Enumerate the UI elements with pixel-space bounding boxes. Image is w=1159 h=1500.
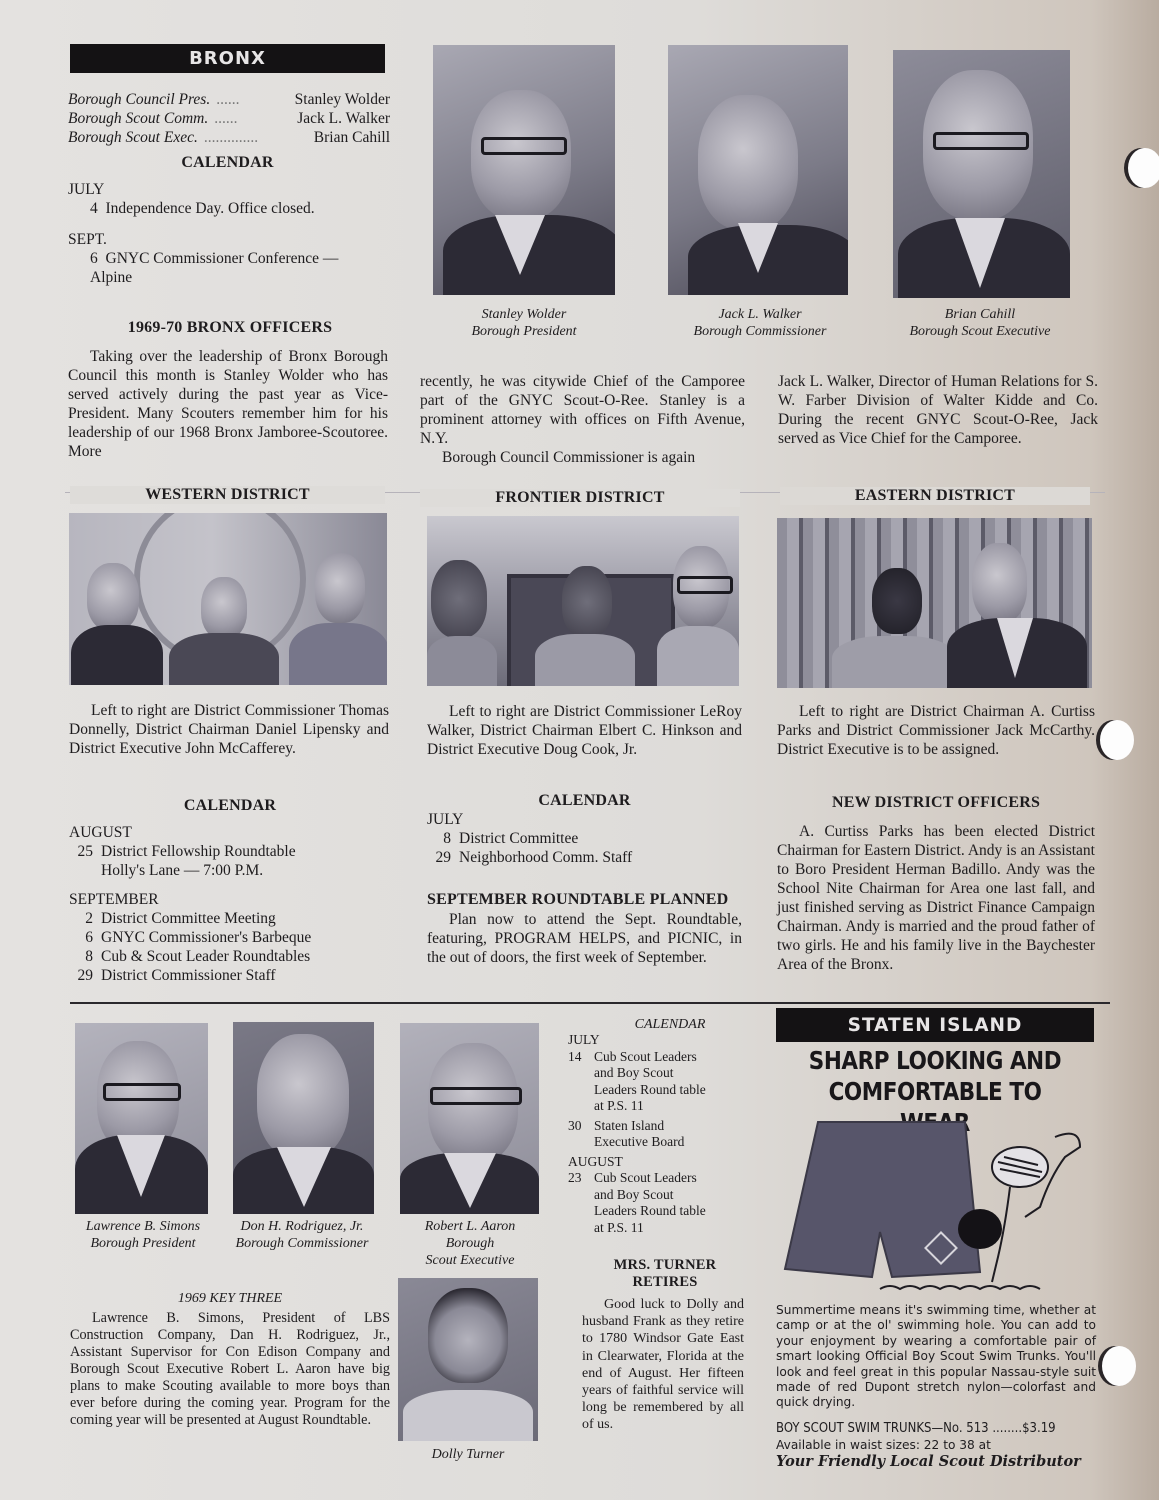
calendar-event: 25District Fellowship RoundtableHolly's …	[69, 842, 389, 880]
event-text: District Commissioner Staff	[101, 966, 276, 985]
event-text: Cub Scout Leaders and Boy Scout Leaders …	[594, 1170, 714, 1236]
portrait-title: Borough Commissioner	[222, 1235, 382, 1252]
calendar-month: AUGUST	[69, 823, 389, 842]
western-district-caption: Left to right are District Commissioner …	[69, 701, 389, 758]
portrait-title: Borough	[400, 1235, 540, 1252]
event-day: 14	[568, 1049, 594, 1115]
event-day: 6	[69, 928, 101, 947]
calendar-event: 6GNYC Commissioner's Barbeque	[69, 928, 389, 947]
portrait-name: Brian Cahill	[880, 306, 1080, 323]
portrait-name: Lawrence B. Simons	[68, 1218, 218, 1235]
dolly-turner-caption: Dolly Turner	[398, 1446, 538, 1463]
binder-hole	[1128, 148, 1159, 188]
calendar-month: SEPT.	[68, 230, 388, 249]
ad-sizes: Available in waist sizes: 22 to 38 at	[776, 1438, 1096, 1453]
ad-headline-line1: SHARP LOOKING AND	[793, 1045, 1077, 1076]
frontier-district-title: FRONTIER DISTRICT	[420, 489, 740, 507]
calendar-month: SEPTEMBER	[69, 890, 389, 909]
retires-text: Good luck to Dolly and husband Frank as …	[582, 1296, 744, 1434]
calendar-event: 4 Independence Day. Office closed.	[68, 199, 388, 218]
officers-article-col2: recently, he was citywide Chief of the C…	[420, 372, 745, 467]
binder-hole	[1102, 1346, 1136, 1386]
roundtable-title: SEPTEMBER ROUNDTABLE PLANNED	[427, 891, 745, 909]
leader-dots: ..............	[198, 128, 314, 147]
officer-row: Borough Scout Comm.......Jack L. Walker	[68, 109, 390, 128]
event-day: 4	[90, 200, 98, 217]
portrait-caption: Stanley Wolder Borough President	[433, 306, 615, 340]
calendar-month: JULY	[68, 180, 388, 199]
portrait-title: Borough Scout Executive	[880, 323, 1080, 340]
officer-role: Borough Scout Exec.	[68, 128, 198, 147]
event-text: GNYC Commissioner's Barbeque	[101, 928, 311, 947]
eastern-district-group-photo	[777, 518, 1092, 688]
portrait-title: Borough President	[68, 1235, 218, 1252]
officer-role: Borough Scout Comm.	[68, 109, 208, 128]
roundtable-text: Plan now to attend the Sept. Roundtable,…	[427, 910, 742, 967]
portrait-name: Jack L. Walker	[660, 306, 860, 323]
new-officers-text: A. Curtiss Parks has been elected Distri…	[777, 822, 1095, 974]
portrait-caption: Robert L. Aaron Borough Scout Executive	[400, 1218, 540, 1269]
swim-trunks-illustration	[780, 1117, 1100, 1297]
calendar-event: 6 GNYC Commissioner Conference — Alpine	[68, 249, 340, 287]
frontier-calendar: JULY 8District Committee 29Neighborhood …	[427, 810, 742, 867]
calendar-event: 8District Committee	[427, 829, 742, 848]
event-day: 8	[69, 947, 101, 966]
eastern-district-caption: Left to right are District Chairman A. C…	[777, 702, 1095, 759]
event-text: Cub Scout Leaders and Boy Scout Leaders …	[594, 1049, 714, 1115]
officer-role: Borough Council Pres.	[68, 90, 210, 109]
paragraph: Borough Council Commissioner is again	[420, 448, 745, 467]
portrait-caption: Lawrence B. Simons Borough President	[68, 1218, 218, 1252]
portrait-photo-brian-cahill	[893, 50, 1070, 298]
event-text: Independence Day. Office closed.	[106, 200, 315, 217]
portrait-title-line2: Scout Executive	[400, 1252, 540, 1269]
ad-body: Summertime means it's swimming time, whe…	[776, 1303, 1096, 1411]
officer-row: Borough Scout Exec...............Brian C…	[68, 128, 390, 147]
retires-title: MRS. TURNER RETIRES	[585, 1257, 745, 1291]
calendar-month: JULY	[427, 810, 742, 829]
portrait-caption: Brian Cahill Borough Scout Executive	[880, 306, 1080, 340]
event-text: District Fellowship RoundtableHolly's La…	[101, 842, 296, 880]
portrait-photo-dolly-turner	[398, 1278, 538, 1441]
key-three-text: Lawrence B. Simons, President of LBS Con…	[70, 1310, 390, 1429]
portrait-name: Robert L. Aaron	[400, 1218, 540, 1235]
portrait-photo-robert-aaron	[400, 1023, 539, 1214]
portrait-caption: Don H. Rodriguez, Jr. Borough Commission…	[222, 1218, 382, 1252]
bronx-officers-list: Borough Council Pres.......Stanley Wolde…	[68, 90, 390, 147]
calendar-month: AUGUST	[568, 1154, 748, 1171]
calendar-month: JULY	[568, 1032, 748, 1049]
paragraph: recently, he was citywide Chief of the C…	[420, 372, 745, 448]
frontier-district-caption: Left to right are District Commissioner …	[427, 702, 742, 759]
bronx-calendar: JULY 4 Independence Day. Office closed. …	[68, 180, 388, 287]
event-day: 25	[69, 842, 101, 880]
new-officers-title: NEW DISTRICT OFFICERS	[777, 794, 1095, 812]
event-day: 29	[69, 966, 101, 985]
event-text: District Committee Meeting	[101, 909, 276, 928]
frontier-calendar-title: CALENDAR	[427, 792, 742, 810]
event-text: GNYC Commissioner Conference — Alpine	[90, 250, 338, 286]
event-text: District Committee	[459, 829, 578, 848]
officer-name: Brian Cahill	[314, 128, 390, 147]
calendar-event: 23Cub Scout Leaders and Boy Scout Leader…	[568, 1170, 748, 1236]
calendar-event: 30Staten Island Executive Board	[568, 1118, 748, 1151]
staten-island-banner: STATEN ISLAND	[776, 1008, 1094, 1042]
western-district-title: WESTERN DISTRICT	[70, 486, 385, 504]
calendar-event: 29Neighborhood Comm. Staff	[427, 848, 742, 867]
event-day: 30	[568, 1118, 594, 1151]
retires-title-line1: MRS. TURNER	[585, 1257, 745, 1274]
portrait-title: Borough President	[433, 323, 615, 340]
key-three-title: 1969 KEY THREE	[70, 1290, 390, 1307]
ad-price-line: BOY SCOUT SWIM TRUNKS—No. 513 ........$3…	[776, 1421, 1091, 1437]
portrait-photo-jack-walker	[668, 45, 848, 295]
binder-hole	[1100, 720, 1134, 760]
officer-name: Jack L. Walker	[297, 109, 390, 128]
officer-name: Stanley Wolder	[295, 90, 390, 109]
portrait-caption: Jack L. Walker Borough Commissioner	[660, 306, 860, 340]
portrait-name: Don H. Rodriguez, Jr.	[222, 1218, 382, 1235]
calendar-event: 2District Committee Meeting	[69, 909, 389, 928]
event-day: 2	[69, 909, 101, 928]
si-calendar-title: CALENDAR	[600, 1016, 740, 1033]
eastern-district-title: EASTERN DISTRICT	[780, 487, 1090, 505]
retires-title-line2: RETIRES	[585, 1274, 745, 1291]
frontier-district-group-photo	[427, 516, 739, 686]
calendar-event: 8Cub & Scout Leader Roundtables	[69, 947, 389, 966]
bronx-officers-article-title: 1969-70 BRONX OFFICERS	[70, 319, 390, 337]
swim-trunks-icon	[780, 1117, 1100, 1297]
portrait-photo-stanley-wolder	[433, 45, 615, 295]
leader-dots: ......	[208, 109, 297, 128]
western-district-group-photo	[69, 513, 387, 685]
event-text: Neighborhood Comm. Staff	[459, 848, 632, 867]
western-calendar: AUGUST 25District Fellowship RoundtableH…	[69, 823, 389, 985]
ad-distributor: Your Friendly Local Scout Distributor	[776, 1453, 1106, 1470]
event-text: Cub & Scout Leader Roundtables	[101, 947, 310, 966]
bronx-calendar-title: CALENDAR	[70, 154, 385, 172]
portrait-photo-lawrence-simons	[75, 1023, 208, 1214]
section-divider	[70, 1002, 1110, 1004]
event-day: 23	[568, 1170, 594, 1236]
officers-article-col3: Jack L. Walker, Director of Human Relati…	[778, 372, 1098, 448]
portrait-name: Stanley Wolder	[433, 306, 615, 323]
si-calendar: JULY 14Cub Scout Leaders and Boy Scout L…	[568, 1032, 748, 1236]
portrait-title: Borough Commissioner	[660, 323, 860, 340]
event-text: Staten Island Executive Board	[594, 1118, 714, 1151]
calendar-event: 14Cub Scout Leaders and Boy Scout Leader…	[568, 1049, 748, 1115]
calendar-event: 29District Commissioner Staff	[69, 966, 389, 985]
portrait-photo-don-rodriguez	[233, 1022, 374, 1214]
event-day: 6	[90, 250, 98, 267]
event-day: 8	[427, 829, 459, 848]
western-calendar-title: CALENDAR	[70, 797, 390, 815]
bronx-banner: BRONX	[70, 44, 385, 73]
leader-dots: ......	[210, 90, 294, 109]
officer-row: Borough Council Pres.......Stanley Wolde…	[68, 90, 390, 109]
event-day: 29	[427, 848, 459, 867]
officers-article-col1: Taking over the leadership of Bronx Boro…	[68, 347, 388, 461]
